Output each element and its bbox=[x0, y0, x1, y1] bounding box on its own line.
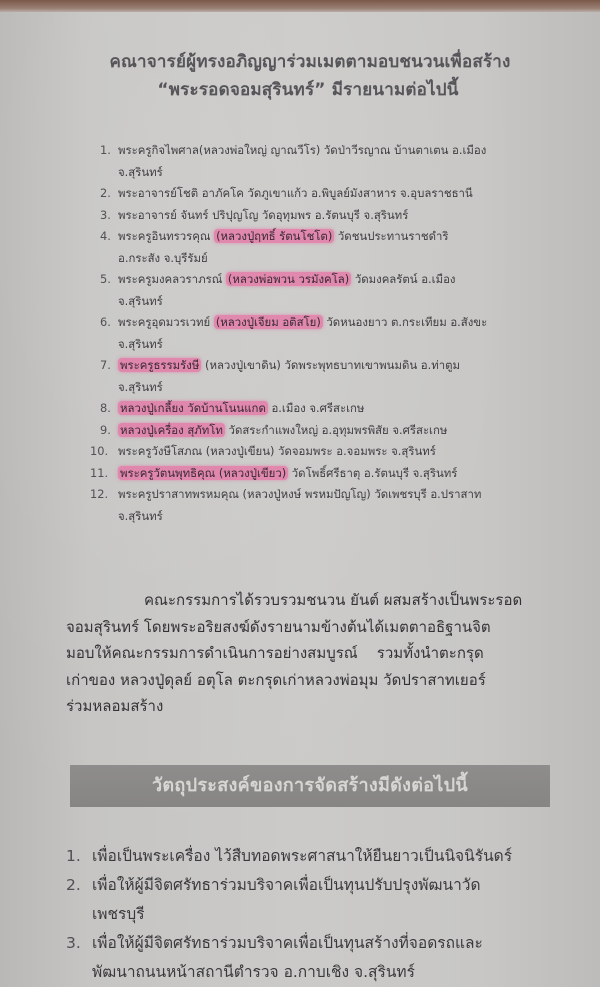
objective-number: 3. bbox=[66, 929, 81, 958]
item-number: 12. bbox=[90, 484, 114, 506]
objectives-list: 1.เพื่อเป็นพระเครื่อง ไว้สืบทอดพระศาสนาใ… bbox=[66, 842, 586, 987]
item-number: 3. bbox=[100, 205, 116, 227]
item-text-continuation: จ.สุรินทร์ bbox=[118, 291, 570, 313]
item-text-continuation: จ.สุรินทร์ bbox=[118, 377, 570, 399]
item-text-segment: พระครูวังษีโสภณ (หลวงปู่เขียน) วัดจอมพระ… bbox=[118, 444, 436, 458]
item-text: พระครูอินทรวรคุณ (หลวงปู่ฤทธิ์ รัตนโชโต)… bbox=[118, 226, 570, 248]
highlighted-name: พระครูธรรมรังษี bbox=[118, 358, 201, 372]
highlighted-name: หลวงปู่เกลี้ยง วัดบ้านโนนแกด bbox=[118, 401, 268, 415]
item-text: พระครูอุดมวรเวทย์ (หลวงปู่เจียม อติสโย) … bbox=[118, 312, 570, 334]
item-text-continuation: จ.สุรินทร์ bbox=[118, 506, 570, 528]
item-text: พระครูวังษีโสภณ (หลวงปู่เขียน) วัดจอมพระ… bbox=[118, 441, 570, 463]
document-title-line2: “พระรอดจอมสุรินทร์” มีรายนามต่อไปนี้ bbox=[8, 76, 600, 103]
item-number: 1. bbox=[100, 140, 116, 162]
list-item: 4.พระครูอินทรวรคุณ (หลวงปู่ฤทธิ์ รัตนโชโ… bbox=[100, 226, 570, 269]
item-text: พระครูธรรมรังษี (หลวงปู่เขาดิน) วัดพระพุ… bbox=[118, 355, 570, 377]
list-item: 11.พระครูวัตนพุทธิคุณ (หลวงปู่เขียว) วัด… bbox=[90, 463, 570, 485]
list-item: 10.พระครูวังษีโสภณ (หลวงปู่เขียน) วัดจอม… bbox=[90, 441, 570, 463]
item-text: หลวงปู่เกลี้ยง วัดบ้านโนนแกด อ.เมือง จ.ศ… bbox=[118, 398, 570, 420]
paragraph-line: เก่าของ หลวงปู่ดุลย์ อตุโล ตะกรุดเก่าหลว… bbox=[66, 667, 566, 694]
item-number: 4. bbox=[100, 226, 116, 248]
document-page: คณาจารย์ผู้ทรงอภิญญาร่วมเมตตามอบชนวนเพื่… bbox=[0, 12, 600, 987]
objective-item: 1.เพื่อเป็นพระเครื่อง ไว้สืบทอดพระศาสนาใ… bbox=[66, 842, 586, 871]
document-title-line1: คณาจารย์ผู้ทรงอภิญญาร่วมเมตตามอบชนวนเพื่… bbox=[10, 48, 600, 75]
list-item: 6.พระครูอุดมวรเวทย์ (หลวงปู่เจียม อติสโย… bbox=[100, 312, 570, 355]
objective-text-continuation: พัฒนาถนนหน้าสถานีตำรวจ อ.กาบเชิง จ.สุริน… bbox=[92, 958, 586, 987]
item-text-segment: วัดหนองยาว ต.กระเทียม อ.สังขะ bbox=[323, 315, 487, 329]
item-text-segment: พระครูมงคลวราภรณ์ bbox=[118, 272, 226, 286]
item-text-segment: พระอาจารย์โชติ อาภัคโค วัดภูเขาแก้ว อ.พิ… bbox=[118, 186, 473, 200]
item-text: หลวงปู่เครื่อง สุภัทโท วัดสระกำแพงใหญ่ อ… bbox=[118, 420, 570, 442]
objective-text: เพื่อให้ผู้มีจิตศรัทธาร่วมบริจาคเพื่อเป็… bbox=[92, 871, 586, 900]
item-text-segment: วัดมงคลรัตน์ อ.เมือง bbox=[351, 272, 455, 286]
highlighted-name: หลวงปู่เครื่อง สุภัทโท bbox=[118, 423, 225, 437]
paragraph-line: มอบให้คณะกรรมการดำเนินการอย่างสมบูรณ์ รว… bbox=[66, 640, 566, 667]
item-number: 9. bbox=[100, 420, 116, 442]
item-text-segment: วัดสระกำแพงใหญ่ อ.อุทุมพรพิสัย จ.ศรีสะเก… bbox=[225, 423, 447, 437]
list-item: 3.พระอาจารย์ จันทร์ ปริปุญโญ วัดอุทุมพร … bbox=[100, 205, 570, 227]
objective-number: 1. bbox=[66, 842, 81, 871]
item-text-continuation: จ.สุรินทร์ bbox=[118, 162, 570, 184]
item-text-segment: พระครูกิจไพศาล(หลวงพ่อใหญ่ ญาณวีโร) วัดป… bbox=[118, 143, 486, 157]
item-text: พระครูปราสาทพรหมคุณ (หลวงปู่หงษ์ พรหมปัญ… bbox=[118, 484, 570, 506]
item-text-segment: วัดโพธิ์ศรีธาตุ อ.รัตนบุรี จ.สุรินทร์ bbox=[288, 466, 457, 480]
item-number: 11. bbox=[90, 463, 114, 485]
item-text-continuation: จ.สุรินทร์ bbox=[118, 334, 570, 356]
item-text-segment: วัดชนประทานราชดำริ bbox=[334, 229, 448, 243]
paragraph-line: คณะกรรมการได้รวบรวมชนวน ยันต์ ผสมสร้างเป… bbox=[144, 591, 522, 609]
item-text-segment: (หลวงปู่เขาดิน) วัดพระพุทธบาทเขาพนมดิน อ… bbox=[201, 358, 460, 372]
masters-list: 1.พระครูกิจไพศาล(หลวงพ่อใหญ่ ญาณวีโร) วั… bbox=[100, 140, 570, 527]
item-number: 7. bbox=[100, 355, 116, 377]
item-text-continuation: อ.กระสัง จ.บุรีรัมย์ bbox=[118, 248, 570, 270]
item-text: พระครูกิจไพศาล(หลวงพ่อใหญ่ ญาณวีโร) วัดป… bbox=[118, 140, 570, 162]
list-item: 8.หลวงปู่เกลี้ยง วัดบ้านโนนแกด อ.เมือง จ… bbox=[100, 398, 570, 420]
highlighted-name: (หลวงพ่อพวน วรมังคโล) bbox=[226, 272, 351, 286]
objective-text: เพื่อให้ผู้มีจิตศรัทธาร่วมบริจาคเพื่อเป็… bbox=[92, 929, 586, 958]
objective-item: 3.เพื่อให้ผู้มีจิตศรัทธาร่วมบริจาคเพื่อเ… bbox=[66, 929, 586, 987]
list-item: 5.พระครูมงคลวราภรณ์ (หลวงพ่อพวน วรมังคโล… bbox=[100, 269, 570, 312]
item-text-segment: พระครูอุดมวรเวทย์ bbox=[118, 315, 214, 329]
item-text: พระอาจารย์โชติ อาภัคโค วัดภูเขาแก้ว อ.พิ… bbox=[118, 183, 570, 205]
list-item: 1.พระครูกิจไพศาล(หลวงพ่อใหญ่ ญาณวีโร) วั… bbox=[100, 140, 570, 183]
list-item: 12.พระครูปราสาทพรหมคุณ (หลวงปู่หงษ์ พรหม… bbox=[90, 484, 570, 527]
item-text: พระครูวัตนพุทธิคุณ (หลวงปู่เขียว) วัดโพธ… bbox=[118, 463, 570, 485]
paragraph-line: ร่วมหลอมสร้าง bbox=[66, 693, 566, 720]
highlighted-name: พระครูวัตนพุทธิคุณ (หลวงปู่เขียว) bbox=[118, 466, 288, 480]
item-number: 8. bbox=[100, 398, 116, 420]
committee-paragraph: คณะกรรมการได้รวบรวมชนวน ยันต์ ผสมสร้างเป… bbox=[66, 587, 566, 720]
item-number: 5. bbox=[100, 269, 116, 291]
item-number: 2. bbox=[100, 183, 116, 205]
item-text-segment: พระครูอินทรวรคุณ bbox=[118, 229, 214, 243]
list-item: 2.พระอาจารย์โชติ อาภัคโค วัดภูเขาแก้ว อ.… bbox=[100, 183, 570, 205]
item-number: 6. bbox=[100, 312, 116, 334]
objective-text-continuation: เพชรบุรี bbox=[92, 900, 586, 929]
highlighted-name: (หลวงปู่เจียม อติสโย) bbox=[214, 315, 323, 329]
item-number: 10. bbox=[90, 441, 114, 463]
item-text: พระครูมงคลวราภรณ์ (หลวงพ่อพวน วรมังคโล) … bbox=[118, 269, 570, 291]
objective-text: เพื่อเป็นพระเครื่อง ไว้สืบทอดพระศาสนาให้… bbox=[92, 842, 586, 871]
list-item: 7.พระครูธรรมรังษี (หลวงปู่เขาดิน) วัดพระ… bbox=[100, 355, 570, 398]
item-text: พระอาจารย์ จันทร์ ปริปุญโญ วัดอุทุมพร อ.… bbox=[118, 205, 570, 227]
highlighted-name: (หลวงปู่ฤทธิ์ รัตนโชโต) bbox=[214, 229, 334, 243]
paragraph-line: จอมสุรินทร์ โดยพระอริยสงฆ์ดังรายนามข้างต… bbox=[66, 614, 566, 641]
item-text-segment: พระอาจารย์ จันทร์ ปริปุญโญ วัดอุทุมพร อ.… bbox=[118, 208, 408, 222]
objective-number: 2. bbox=[66, 871, 81, 900]
item-text-segment: อ.เมือง จ.ศรีสะเกษ bbox=[268, 401, 365, 415]
objective-item: 2.เพื่อให้ผู้มีจิตศรัทธาร่วมบริจาคเพื่อเ… bbox=[66, 871, 586, 929]
item-text-segment: พระครูปราสาทพรหมคุณ (หลวงปู่หงษ์ พรหมปัญ… bbox=[118, 487, 481, 501]
list-item: 9.หลวงปู่เครื่อง สุภัทโท วัดสระกำแพงใหญ่… bbox=[100, 420, 570, 442]
objectives-banner: วัตถุประสงค์ของการจัดสร้างมีดังต่อไปนี้ bbox=[70, 765, 550, 807]
